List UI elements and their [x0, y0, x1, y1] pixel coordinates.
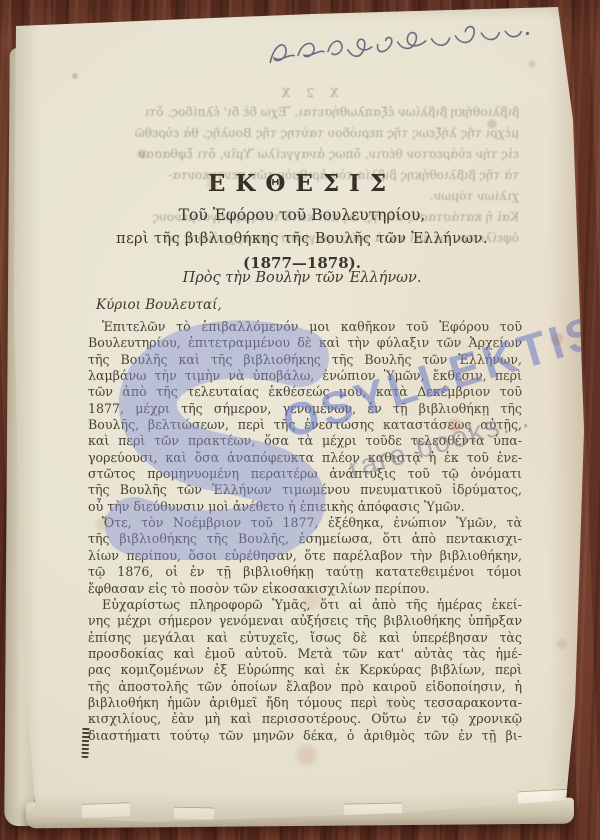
body-line: γορεύουσι, καὶ ὅσα ἀναπόφευκτα πλέον καθ… [88, 450, 522, 466]
body-line: Βουλῆς, βελτιώσεων, περὶ τῆς ἐνεστώσης κ… [88, 417, 522, 433]
body-line: Ἐπιτελῶν τὸ ἐπιβαλλόμενόν μοι καθῆκον το… [88, 319, 522, 335]
salutation: Κύριοι Βουλευταί, [96, 297, 222, 313]
body-text: Ἐπιτελῶν τὸ ἐπιβαλλόμενόν μοι καθῆκον το… [88, 319, 522, 744]
body-line: ἔφθασαν εἰς τὸ ποσὸν τῶν εἰκοσακισχιλίων… [88, 581, 522, 597]
body-line: 1877, μέχρι τῆς σήμερον, γενομένων, ἐν τ… [88, 401, 522, 417]
body-line: λαμβάνω τὴν τιμὴν νὰ ὑποβάλω, ἐνώπιον Ὑμ… [88, 368, 522, 384]
torn-edge-chip [82, 802, 130, 818]
body-line: οὗ τὴν διεύθυνσιν μοὶ ἀνέθετο ἡ ἐπιεικὴς… [88, 499, 522, 515]
body-line: βιβλιοθήκη ἡμῶν ἀριθμεῖ ἤδη τόμους περὶ … [88, 695, 522, 711]
body-line: Εὐχαρίστως πληροφορῶ Ὑμᾶς, ὅτι αἱ ἀπὸ τῆ… [88, 597, 522, 613]
body-line: τῆς Βουλῆς καὶ τῆς βιβλιοθήκης τῆς Βουλῆ… [88, 352, 522, 368]
report-title: ΕΚΘΕΣΙΣ [42, 170, 562, 197]
body-line: Βουλευτηρίου, ἐπιτετραμμένου δὲ καὶ τὴν … [88, 335, 522, 351]
photograph-of-document: Χ 2 Χ βιβλιοθήκη βιβλίων ἐξαπλωθήσεται. … [0, 0, 600, 840]
body-line: κισχιλίους, ἐὰν μὴ καὶ περισσοτέρους. Οὕ… [88, 711, 522, 727]
bleedthrough-line: εἰς τὴν εὐάρεστον θέσιν, ὅπως ἀναγγείλω … [95, 144, 519, 165]
body-line: καὶ περὶ τῶν πρακτέων, ὅσα τὰ μέχρι τοῦδ… [88, 433, 522, 449]
body-line: λίων περίπου, ὅσοι εὑρέθησαν, ὅτε παρέλα… [88, 548, 522, 564]
body-line: ρας κομιζομένων ἐξ Εὐρώπης καὶ ἐκ Κερκύρ… [88, 662, 522, 678]
handwritten-inscription [261, 23, 535, 80]
document-sheet: Χ 2 Χ βιβλιοθήκη βιβλίων ἐξαπλωθήσεται. … [12, 4, 590, 826]
bleedthrough-line: Χ 2 Χ [95, 84, 519, 102]
body-line: προσδοκίας καὶ ἐμοῦ αὐτοῦ. Μετὰ τῶν κατ'… [88, 646, 522, 662]
body-line: διαστήματι τούτῳ τῶν μηνῶν δέκα, ὁ ἀριθμ… [88, 728, 522, 744]
report-subtitle-author: Τοῦ Ἐφόρου τοῦ Βουλευτηρίου, [42, 206, 562, 224]
printers-mark [81, 726, 89, 758]
report-subtitle-subject: περὶ τῆς βιβλιοθήκης τῆς Βουλῆς τῶν Ἑλλή… [42, 231, 562, 247]
address-line: Πρὸς τὴν Βουλὴν τῶν Ἑλλήνων. [42, 270, 562, 286]
torn-edge-chip [174, 807, 214, 820]
body-line: ἐπίσης μεγάλαι καὶ εὐτυχεῖς, ἴσως δὲ καὶ… [88, 630, 522, 646]
bleedthrough-line: μέχρι τῆς λήξεως τῆς περιόδου ταύτης τῆς… [95, 123, 519, 144]
body-line: στῶτος προμηνυομένη περαιτέρω ἀνάπτυξις … [88, 466, 522, 482]
body-line: τῶν ἀπὸ τῆς τελευταίας ἐκθέσεώς μου, κατ… [88, 384, 522, 400]
bleedthrough-line: βιβλιοθήκη βιβλίων ἐξαπλωθήσεται. Ἔχω δὲ… [95, 102, 519, 123]
body-line: τῆς βιβλιοθήκης τῆς Βουλῆς, ἐσημείωσα, ὅ… [88, 531, 522, 547]
body-line: τῆς Βουλῆς τῶν Ἑλλήνων τιμωμένου πνευματ… [88, 482, 522, 498]
body-line: τῷ 1876, οἱ ἐν τῇ βιβλιοθήκῃ ταύτῃ κατατ… [88, 564, 522, 580]
body-line: Ὅτε, τὸν Νοέμβριον τοῦ 1877, ἐξέθηκα, ἐν… [88, 515, 522, 531]
title-block: ΕΚΘΕΣΙΣ Τοῦ Ἐφόρου τοῦ Βουλευτηρίου, περ… [42, 170, 562, 272]
body-line: τῆς ἀποστολῆς τῶν ὁποίων ἔλαβον πρὸ καιρ… [88, 679, 522, 695]
body-line: νης μέχρι σήμερον γενόμεναι αὐξήσεις τῆς… [88, 613, 522, 629]
